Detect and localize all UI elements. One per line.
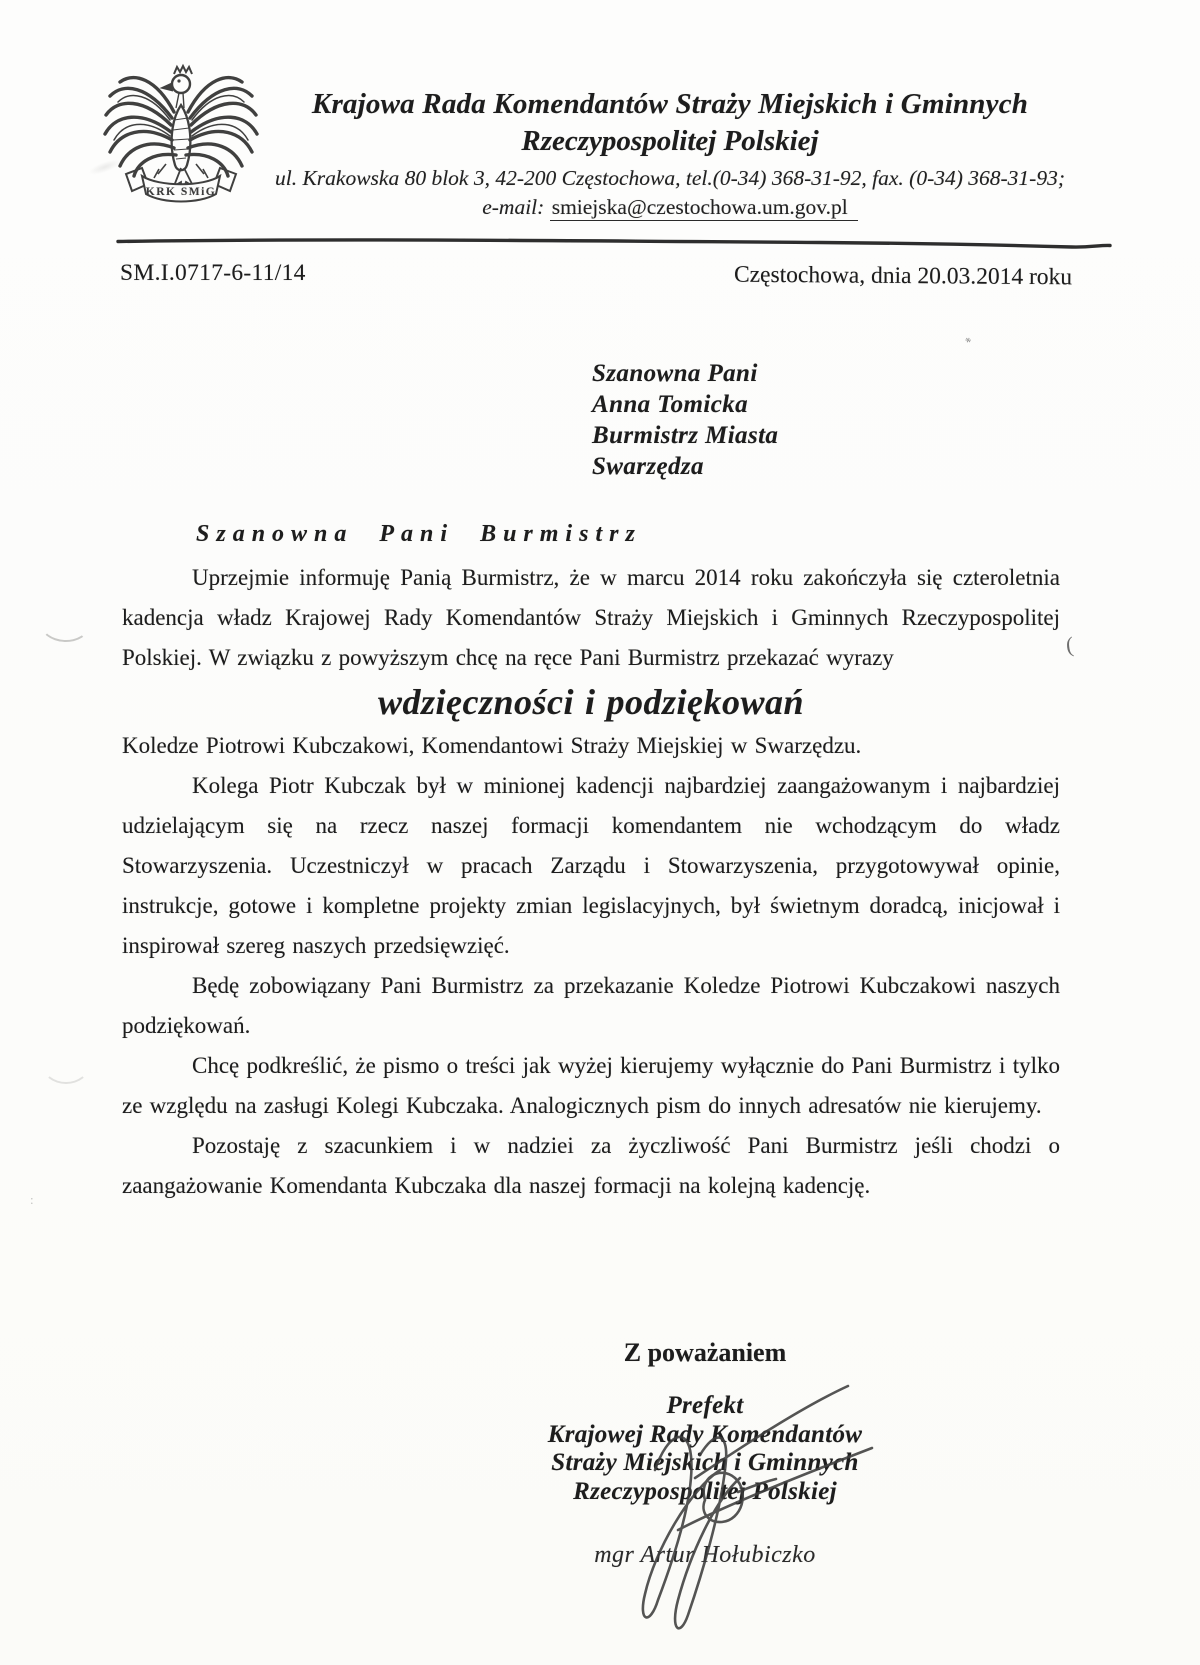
scanned-letter-page: KRK SMiG Krajowa Rada Komendantów Straży… <box>0 0 1200 1665</box>
signer-title-line: Krajowej Rady Komendantów <box>505 1421 905 1450</box>
eagle-icon: KRK SMiG <box>96 60 266 218</box>
scan-artifact-arc <box>39 605 91 644</box>
signer-title-line: Rzeczypospolitej Polskiej <box>505 1478 905 1507</box>
salutation: Szanowna Pani Burmistrz <box>196 521 642 548</box>
paragraph-achievements: Kolega Piotr Kubczak był w minionej kade… <box>122 766 1060 966</box>
signer-name: mgr Artur Hołubiczko <box>505 1542 905 1569</box>
valediction: Z poważaniem <box>505 1338 905 1368</box>
closing-block: Z poważaniem Prefekt Krajowej Rady Komen… <box>505 1338 905 1569</box>
paragraph-intro: Uprzejmie informuję Panią Burmistrz, że … <box>122 558 1060 678</box>
scan-artifact-mark: ( <box>1065 632 1075 659</box>
paragraph-exclusive: Chcę podkreślić, że pismo o treści jak w… <box>122 1046 1060 1126</box>
recipient-line: Swarzędza <box>592 451 778 482</box>
signer-title-line: Straży Miejskich i Gminnych <box>505 1449 905 1478</box>
letter-body: Uprzejmie informuję Panią Burmistrz, że … <box>122 558 1060 1206</box>
org-name-line2: Rzeczypospolitej Polskiej <box>250 125 1090 159</box>
recipient-line: Szanowna Pani <box>592 358 778 389</box>
org-address: ul. Krakowska 80 blok 3, 42-200 Częstoch… <box>250 166 1090 191</box>
scan-artifact-dots: : <box>30 1192 34 1208</box>
paragraph-request: Będę zobowiązany Pani Burmistrz za przek… <box>122 966 1060 1046</box>
scan-artifact-speck: * <box>961 333 974 350</box>
recipient-line: Anna Tomicka <box>592 389 778 420</box>
signer-title-line: Prefekt <box>505 1392 905 1421</box>
org-name-line1: Krajowa Rada Komendantów Straży Miejskic… <box>250 88 1090 122</box>
header-separator-rule <box>0 228 1200 258</box>
paragraph-hope: Pozostaję z szacunkiem i w nadziei za ży… <box>122 1126 1060 1206</box>
recipient-line: Burmistrz Miasta <box>592 420 778 451</box>
email-address: smiejska@czestochowa.um.gov.pl <box>550 195 858 221</box>
eagle-crest-logo: KRK SMiG <box>96 60 266 218</box>
logo-banner-text: KRK SMiG <box>146 186 216 198</box>
reference-number: SM.I.0717-6-11/14 <box>120 260 306 287</box>
place-and-date: Częstochowa, dnia 20.03.2014 roku <box>734 262 1072 292</box>
recipient-block: Szanowna Pani Anna Tomicka Burmistrz Mia… <box>592 358 778 482</box>
org-email-line: e-mail: smiejska@czestochowa.um.gov.pl <box>250 195 1090 220</box>
scan-artifact-arc <box>42 1046 90 1084</box>
letterhead: Krajowa Rada Komendantów Straży Miejskic… <box>250 88 1090 220</box>
paragraph-dedication: Koledze Piotrowi Kubczakowi, Komendantow… <box>122 726 1060 766</box>
highlight-heading: wdzięczności i podziękowań <box>122 678 1060 726</box>
email-label: e-mail: <box>482 195 544 219</box>
